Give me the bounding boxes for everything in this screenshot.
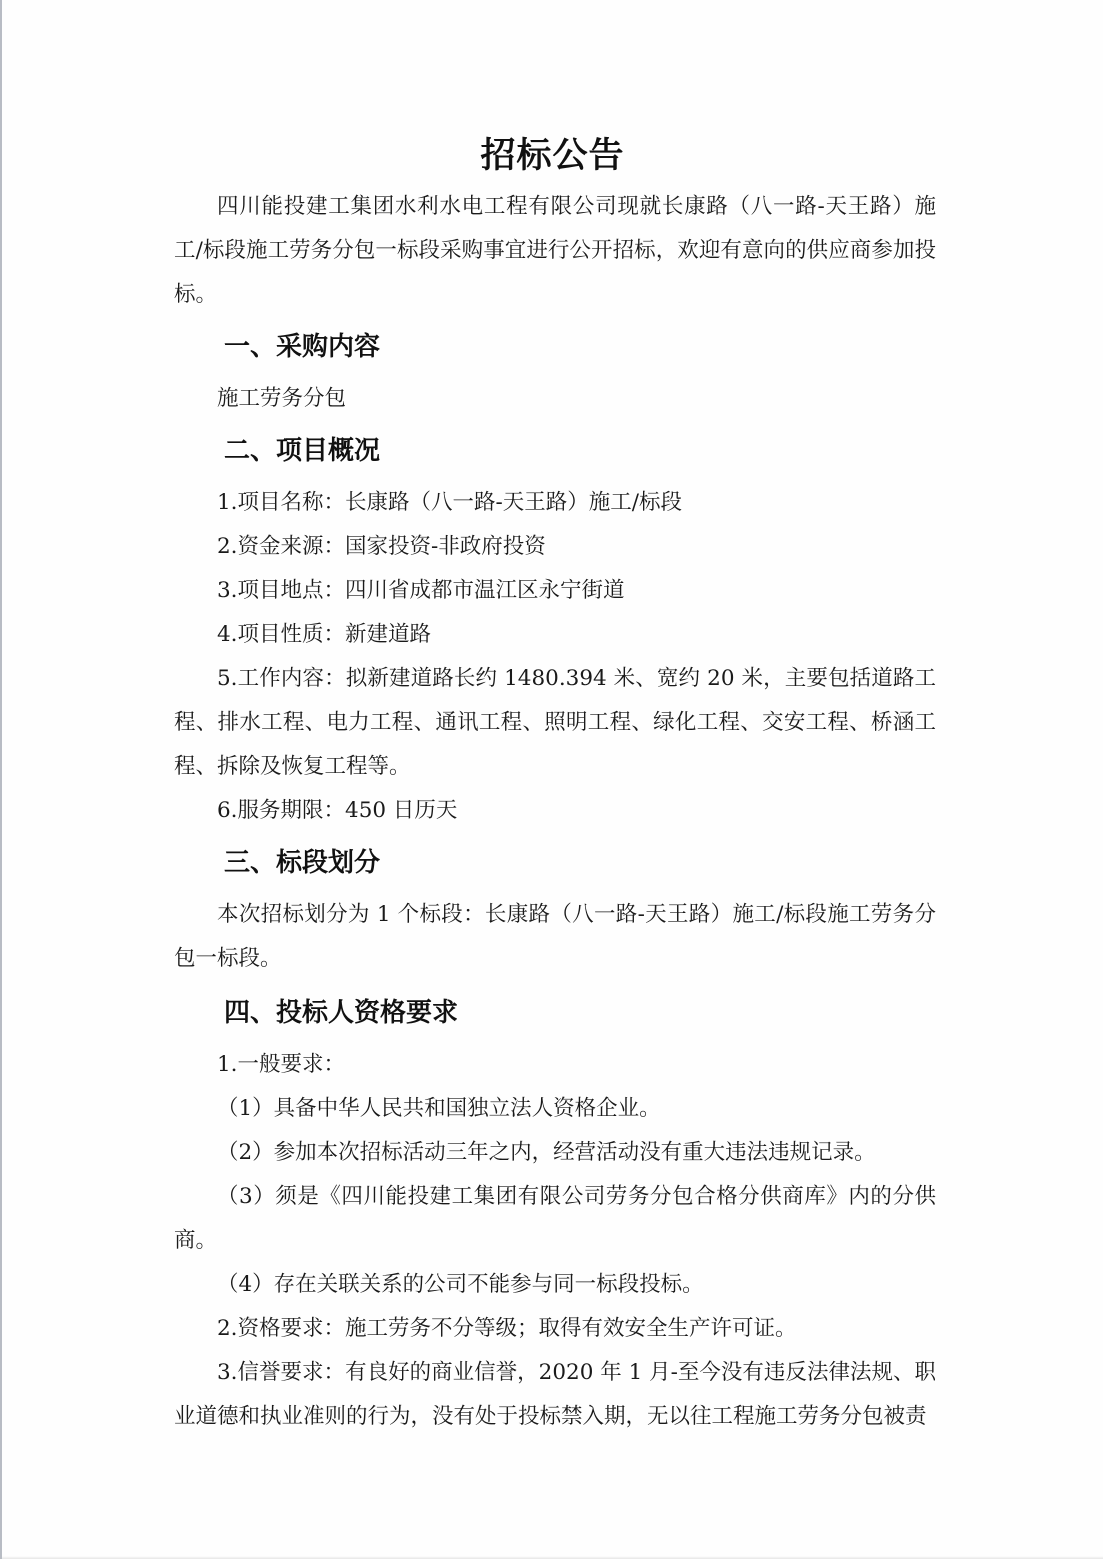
project-location-item: 3.项目地点：四川省成都市温江区永宁街道 [174,569,936,613]
project-nature-item: 4.项目性质：新建道路 [174,613,936,657]
section-heading-procurement-content: 一、采购内容 [174,319,936,375]
procurement-content-text: 施工劳务分包 [174,377,936,421]
requirement-item-3: （3）须是《四川能投建工集团有限公司劳务分包合格分供商库》内的分供商。 [174,1175,936,1263]
requirement-item-4: （4）存在关联关系的公司不能参与同一标段投标。 [174,1263,936,1307]
funding-source-item: 2.资金来源：国家投资-非政府投资 [174,525,936,569]
qualification-requirement: 2.资格要求：施工劳务不分等级；取得有效安全生产许可证。 [174,1307,936,1351]
requirement-item-1: （1）具备中华人民共和国独立法人资格企业。 [174,1087,936,1131]
project-name-item: 1.项目名称：长康路（八一路-天王路）施工/标段 [174,481,936,525]
document-page: 招标公告 四川能投建工集团水利水电工程有限公司现就长康路（八一路-天王路）施工/… [0,0,1103,1559]
requirement-item-2: （2）参加本次招标活动三年之内，经营活动没有重大违法违规记录。 [174,1131,936,1175]
service-period-item: 6.服务期限：450 日历天 [174,789,936,833]
work-content-item: 5.工作内容：拟新建道路长约 1480.394 米、宽约 20 米，主要包括道路… [174,657,936,789]
section-heading-bidder-qualifications: 四、投标人资格要求 [174,985,936,1041]
lot-division-text: 本次招标划分为 1 个标段：长康路（八一路-天王路）施工/标段施工劳务分包一标段… [174,893,936,981]
document-body: 四川能投建工集团水利水电工程有限公司现就长康路（八一路-天王路）施工/标段施工劳… [174,185,936,1439]
intro-paragraph: 四川能投建工集团水利水电工程有限公司现就长康路（八一路-天王路）施工/标段施工劳… [174,185,936,317]
section-heading-project-overview: 二、项目概况 [174,423,936,479]
credit-requirement: 3.信誉要求：有良好的商业信誉，2020 年 1 月-至今没有违反法律法规、职业… [174,1351,936,1439]
document-title: 招标公告 [2,128,1103,178]
section-heading-lot-division: 三、标段划分 [174,835,936,891]
general-requirements-label: 1.一般要求： [174,1043,936,1087]
